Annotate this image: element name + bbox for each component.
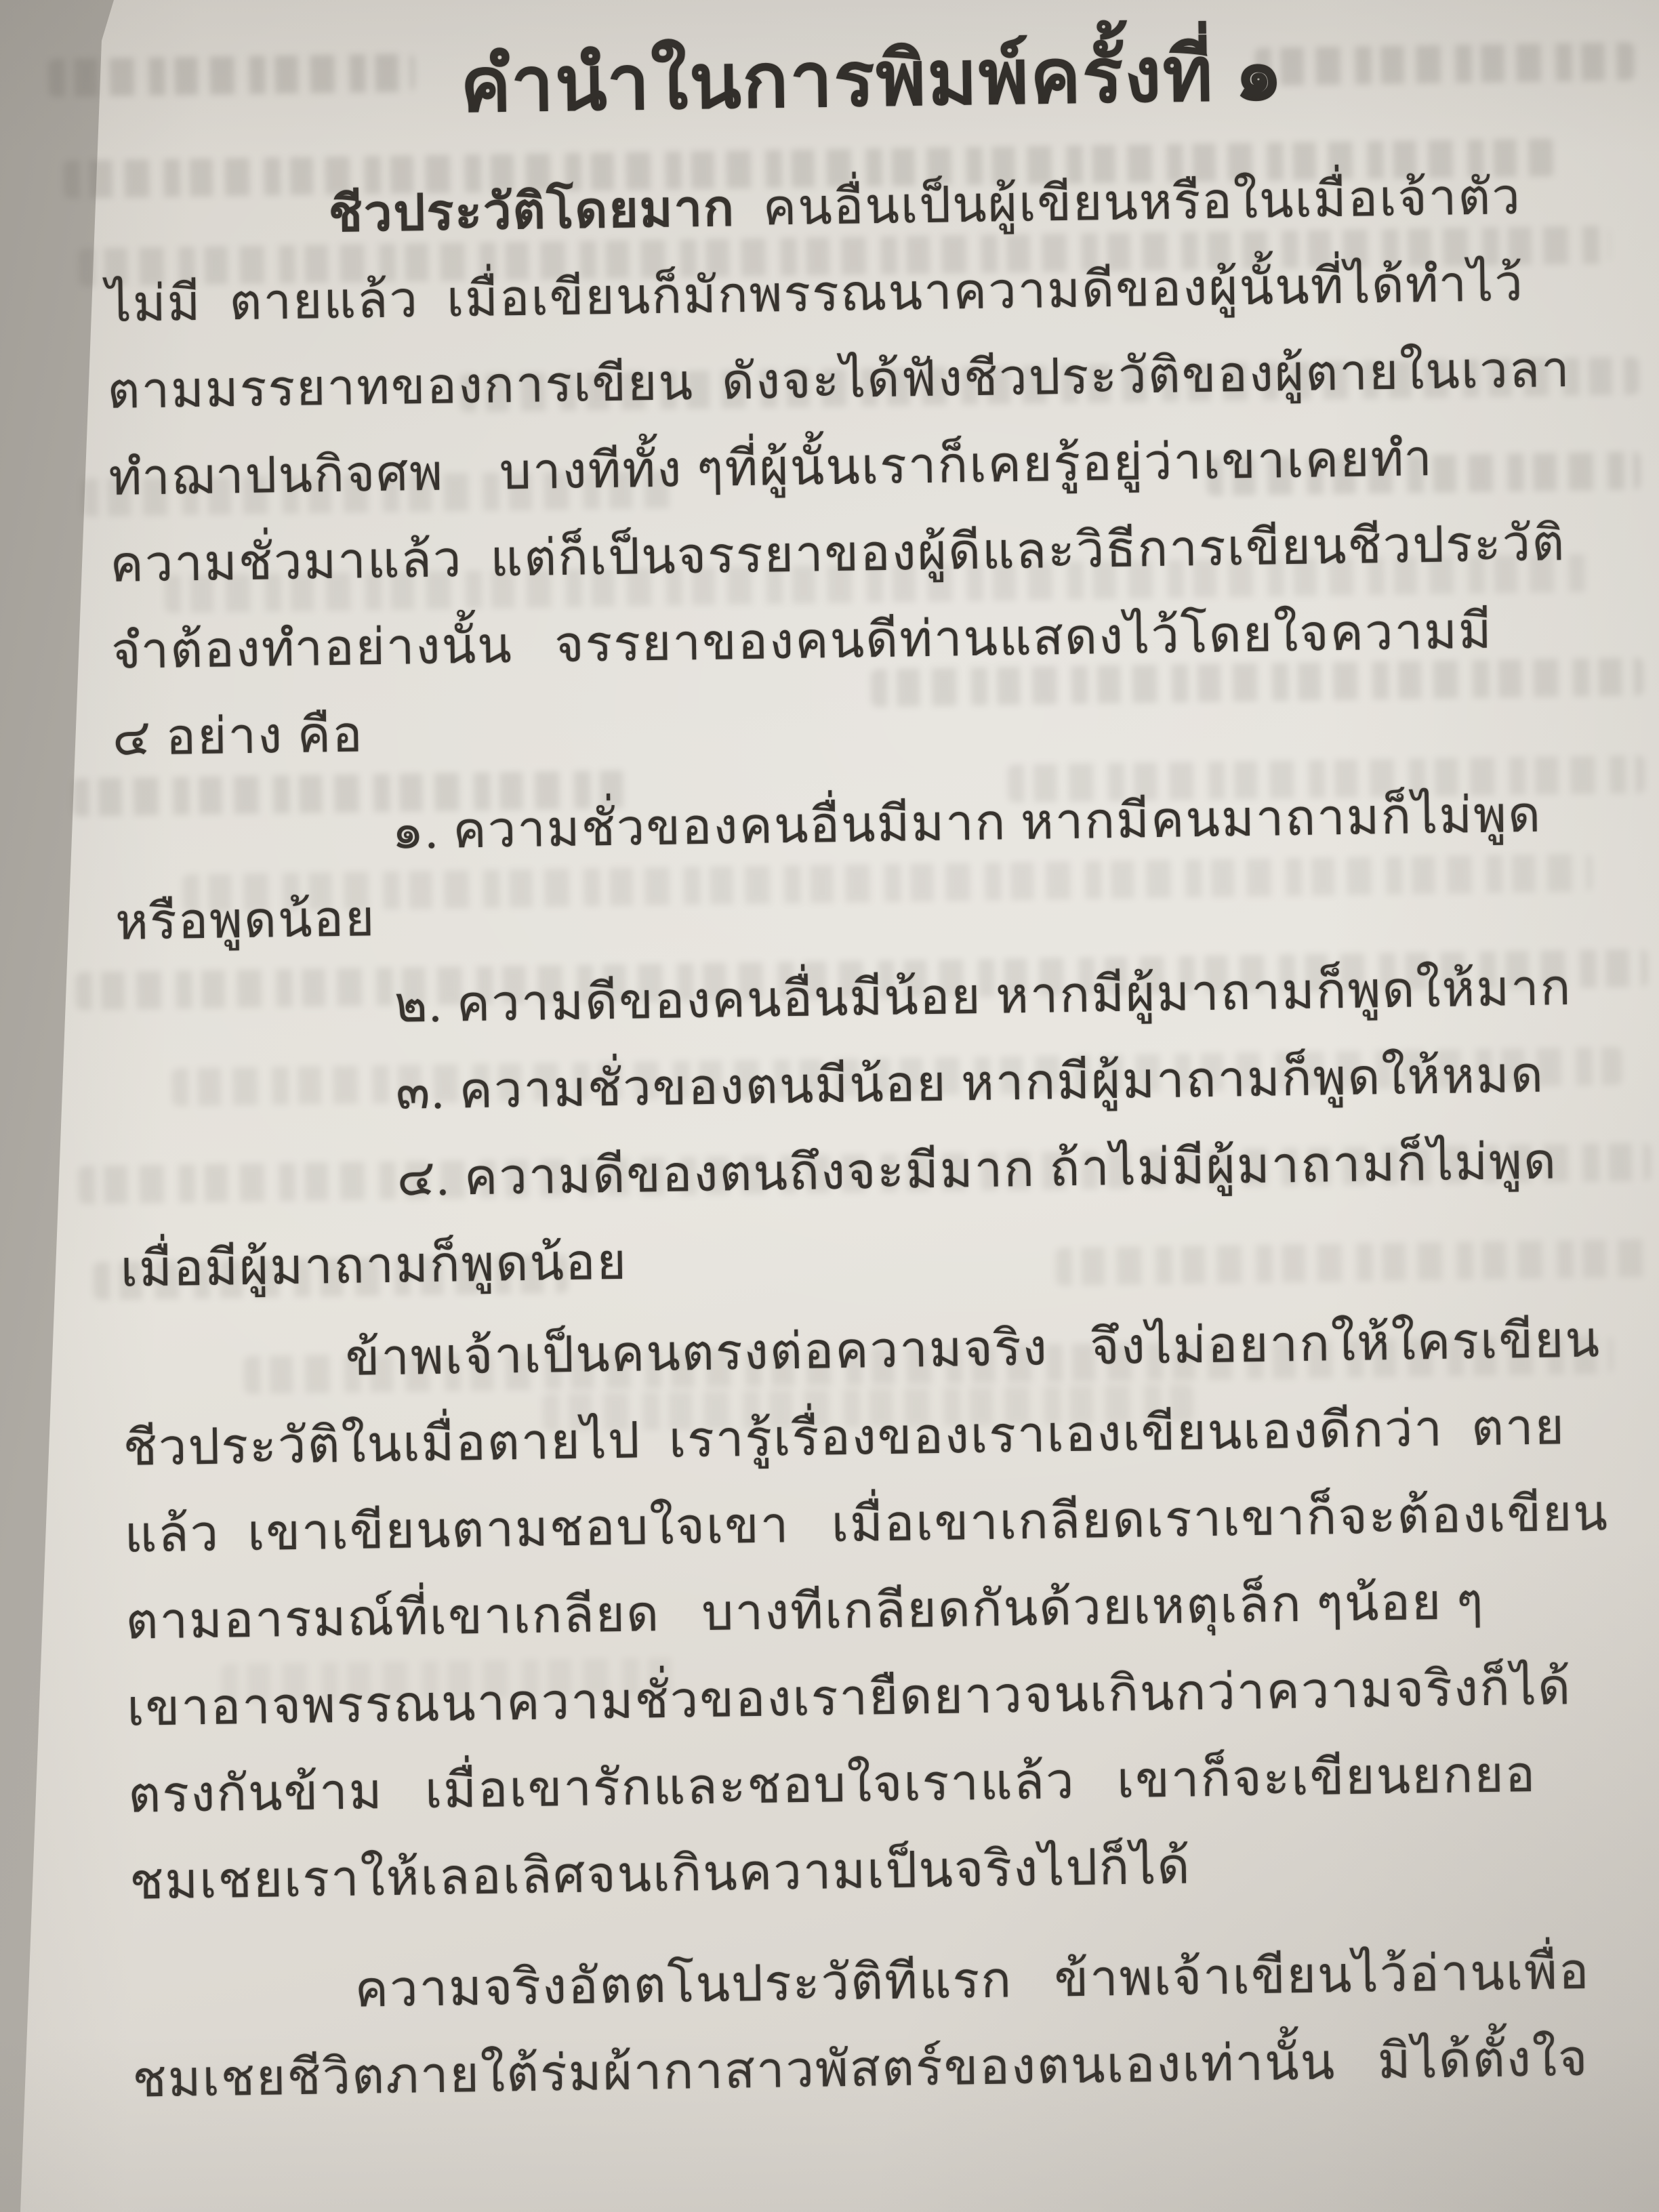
paragraph-3: ความจริงอัตตโนประวัติทีแรก ข้าพเจ้าเขียน… [131,1927,1659,2124]
page-title: คำนำในการพิมพ์ครั้งที่ ๑ [102,4,1643,156]
printed-text: คำนำในการพิมพ์ครั้งที่ ๑ ชีวประวัติโดยมา… [102,0,1659,2124]
paragraph-2: ข้าพเจ้าเป็นคนตรงต่อความจริง จึงไม่อยากใ… [121,1296,1659,1926]
photo-surface: คำนำในการพิมพ์ครั้งที่ ๑ ชีวประวัติโดยมา… [0,0,1659,2212]
body-text: ชีวประวัติโดยมาก คนอื่นเป็นผู้เขียนหรือใ… [104,152,1659,2123]
numbered-list: ๑. ความชั่วของคนอื่นมีมาก หากมีคนมาถามก็… [113,770,1659,1313]
lead-phrase: ชีวประวัติโดยมาก [328,181,735,243]
text-line: คนอื่นเป็นผู้เขียนหรือในเมื่อเจ้าตัว [735,169,1521,237]
paragraph-1: ชีวประวัติโดยมาก คนอื่นเป็นผู้เขียนหรือใ… [104,152,1652,782]
